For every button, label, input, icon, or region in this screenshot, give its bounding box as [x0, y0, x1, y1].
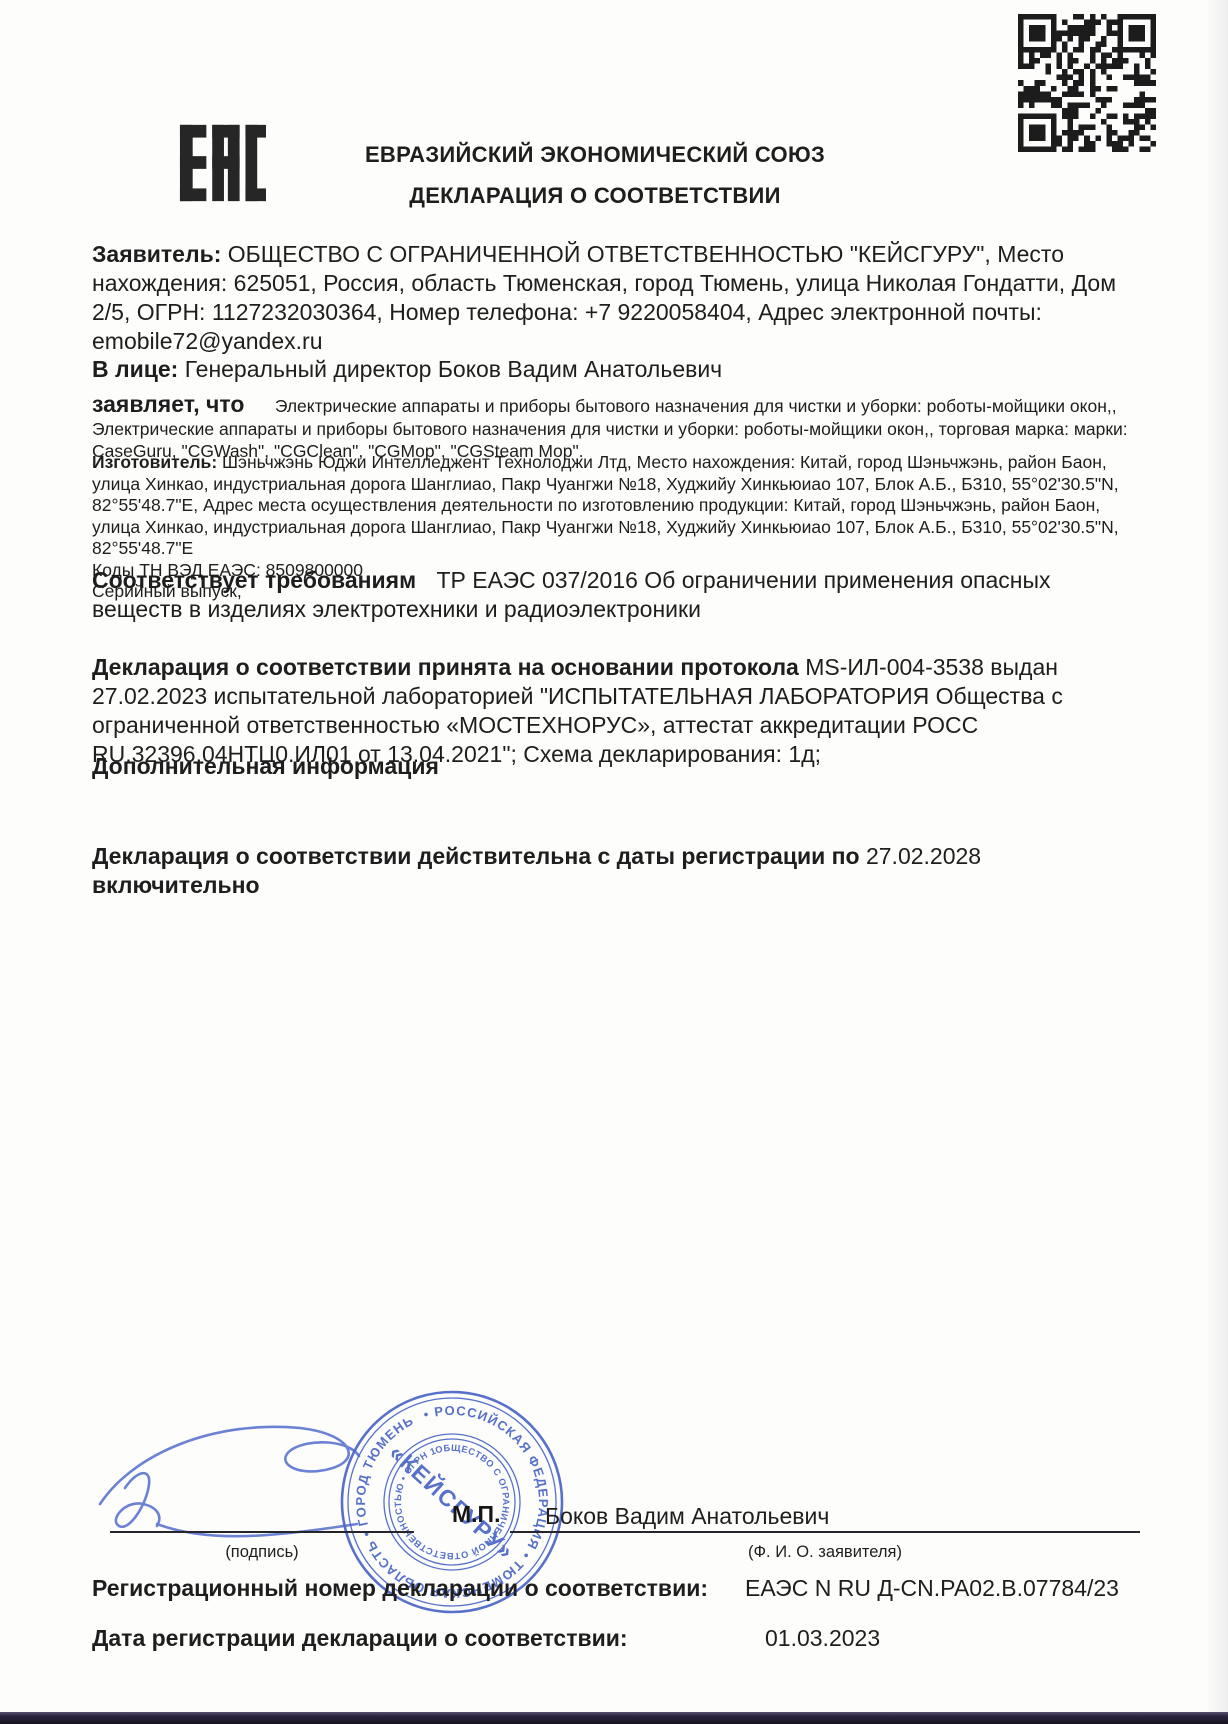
basis-label: Декларация о соответствии принята на осн… — [92, 654, 799, 680]
name-caption: (Ф. И. О. заявителя) — [510, 1542, 1140, 1562]
additional-info-label: Дополнительная информация — [92, 752, 1140, 781]
registration-date-value: 01.03.2023 — [765, 1624, 880, 1653]
registration-number-label: Регистрационный номер декларации о соотв… — [92, 1574, 708, 1603]
applicant-paragraph: Заявитель: ОБЩЕСТВО С ОГРАНИЧЕННОЙ ОТВЕТ… — [92, 240, 1140, 356]
registration-number-value: ЕАЭС N RU Д-CN.РА02.В.07784/23 — [745, 1574, 1119, 1603]
validity-label: Декларация о соответствии действительна … — [92, 843, 860, 869]
declaration-document: ЕВРАЗИЙСКИЙ ЭКОНОМИЧЕСКИЙ СОЮЗ ДЕКЛАРАЦИ… — [0, 0, 1228, 1724]
qr-code-icon — [1018, 14, 1156, 152]
manufacturer-label: Изготовитель: — [92, 452, 217, 472]
in-person-label: В лице: — [92, 356, 178, 382]
signature-line — [110, 1531, 414, 1533]
applicant-name: Боков Вадим Анатольевич — [545, 1502, 829, 1531]
compliance-label: Соответствует требованиям — [92, 567, 416, 593]
signature-caption: (подпись) — [110, 1542, 414, 1562]
scan-edge-shadow — [1206, 0, 1228, 1724]
manufacturer-text: Шэньчжэнь Юджи Интелледжент Технолоджи Л… — [92, 452, 1119, 558]
in-person-paragraph: В лице: Генеральный директор Боков Вадим… — [92, 355, 1140, 384]
name-line — [510, 1531, 1140, 1533]
validity-paragraph: Декларация о соответствии действительна … — [92, 842, 1140, 900]
in-person-text: Генеральный директор Боков Вадим Анатоль… — [185, 356, 722, 382]
applicant-text: ОБЩЕСТВО С ОГРАНИЧЕННОЙ ОТВЕТСТВЕННОСТЬЮ… — [92, 241, 1116, 354]
validity-date: 27.02.2028 — [866, 843, 981, 869]
union-title: ЕВРАЗИЙСКИЙ ЭКОНОМИЧЕСКИЙ СОЮЗ — [160, 142, 1030, 168]
registration-date-label: Дата регистрации декларации о соответств… — [92, 1624, 628, 1653]
compliance-paragraph: Соответствует требованиям ТР ЕАЭС 037/20… — [92, 566, 1140, 624]
document-title: ДЕКЛАРАЦИЯ О СООТВЕТСТВИИ — [160, 183, 1030, 209]
scan-bottom-edge — [0, 1712, 1228, 1724]
validity-suffix: включительно — [92, 872, 260, 898]
seal-place-mark: М.П. — [452, 1500, 500, 1529]
declares-products-line1: Электрические аппараты и приборы бытовог… — [275, 396, 1117, 416]
declares-label: заявляет, что — [92, 391, 244, 417]
applicant-label: Заявитель: — [92, 241, 221, 267]
